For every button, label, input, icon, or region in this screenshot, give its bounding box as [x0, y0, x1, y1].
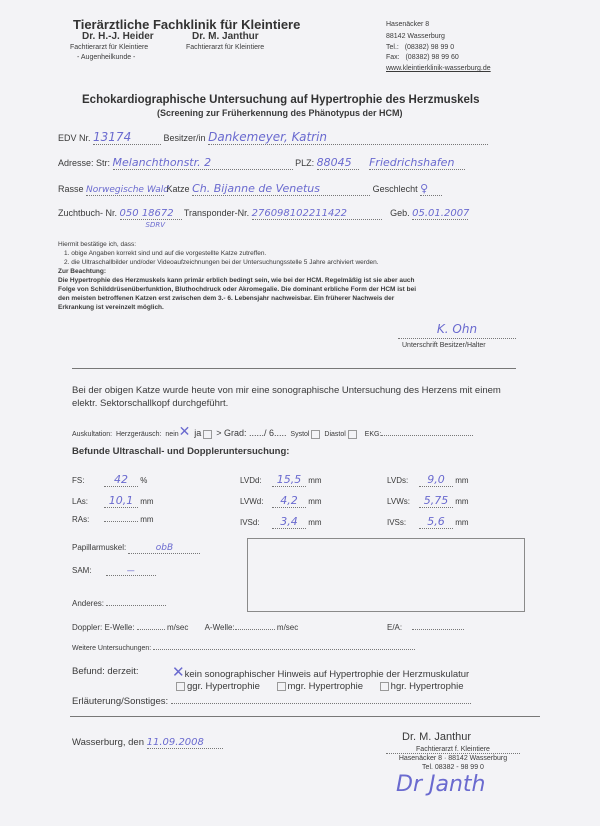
- measurement-unit: mm: [308, 518, 321, 527]
- nein-checkbox-checked[interactable]: ✕: [179, 424, 191, 440]
- measurement-unit: mm: [455, 476, 468, 485]
- ekg-label: EKG:: [365, 431, 382, 438]
- systol-checkbox[interactable]: [311, 430, 320, 439]
- measurement-value-field[interactable]: 9,0: [419, 473, 453, 487]
- measurement-unit: mm: [308, 497, 321, 506]
- measurement: LVWs:5,75 mm: [387, 494, 469, 508]
- fax-label: Fax:: [386, 54, 400, 61]
- breed-row: Rasse Norwegische Wald Katze Ch. Bijanne…: [58, 182, 442, 196]
- e-welle-label: Doppler: E-Welle:: [72, 623, 135, 632]
- findings-heading: Befunde Ultraschall- und Doppleruntersuc…: [72, 446, 289, 457]
- ea-label: E/A:: [387, 623, 402, 632]
- date-field[interactable]: 11.09.2008: [147, 737, 223, 749]
- declaration-item-1: 1. obige Angaben korrekt sind und auf di…: [58, 249, 416, 258]
- anderes-label: Anderes:: [72, 599, 104, 608]
- measurement-label: LAs:: [72, 497, 104, 506]
- measurement: IVSs:5,6 mm: [387, 515, 469, 529]
- sam-field[interactable]: —: [106, 566, 156, 576]
- measurement: LVDs:9,0 mm: [387, 473, 469, 487]
- doctor2-title: Fachtierarzt für Kleintiere: [186, 44, 264, 51]
- measurement-value-field[interactable]: 5,6: [419, 515, 453, 529]
- doctor1-specialty: - Augenheilkunde -: [77, 54, 135, 61]
- murmur-label: Herzgeräusch:: [116, 431, 162, 438]
- sex-field[interactable]: ♀: [420, 182, 442, 196]
- measurement-unit: %: [140, 476, 147, 485]
- sex-label: Geschlecht: [373, 184, 418, 194]
- e-welle-field[interactable]: [137, 629, 165, 630]
- sam-label: SAM:: [72, 566, 92, 575]
- city-field[interactable]: Friedrichshafen: [369, 156, 465, 170]
- vet-signature: Dr Janth: [396, 772, 485, 797]
- dob-field[interactable]: 05.01.2007: [412, 208, 468, 220]
- tel-label: Tel.:: [386, 44, 399, 51]
- stamp-line2: Hasenäcker 8 · 88142 Wasserburg: [380, 755, 526, 762]
- papillar-row: Papillarmuskel: obB: [72, 543, 200, 554]
- measurement-label: LVDd:: [240, 476, 272, 485]
- breed-field[interactable]: Norwegische Wald: [86, 185, 164, 196]
- studbook-note: SDRV: [146, 221, 166, 229]
- note-line: den meisten betroffenen Katzen erst zwis…: [58, 294, 416, 303]
- studbook-value: 050 18672: [120, 208, 174, 219]
- systol-label: Systol: [290, 431, 309, 438]
- ekg-field[interactable]: [381, 435, 473, 436]
- anderes-field[interactable]: [106, 605, 166, 606]
- cat-name-field[interactable]: Ch. Bijanne de Venetus: [192, 182, 370, 196]
- divider: [70, 716, 540, 717]
- diastol-checkbox[interactable]: [348, 430, 357, 439]
- exam-intro: Bei der obigen Katze wurde heute von mir…: [72, 384, 501, 410]
- address-row: Adresse: Str: Melanchthonstr. 2 PLZ: 880…: [58, 156, 465, 170]
- measurement-value-field[interactable]: 42: [104, 473, 138, 487]
- transponder-label: Transponder-Nr.: [184, 208, 249, 218]
- measurement: LVWd:4,2 mm: [240, 494, 322, 508]
- diastol-label: Diastol: [324, 431, 345, 438]
- measurement: IVSd:3,4 mm: [240, 515, 322, 529]
- exam-intro-line1: Bei der obigen Katze wurde heute von mir…: [72, 384, 501, 397]
- measurement-label: IVSs:: [387, 518, 419, 527]
- measurement: FS:42 %: [72, 473, 147, 487]
- weitere-row: Weitere Untersuchungen:: [72, 645, 415, 652]
- result-grades-row: ggr. Hypertrophie mgr. Hypertrophie hgr.…: [174, 681, 464, 692]
- fax-value: (08382) 98 99 60: [405, 54, 458, 61]
- note-line: Erkrankung ist vereinzelt möglich.: [58, 303, 416, 312]
- measurement-label: LVDs:: [387, 476, 419, 485]
- e-welle-unit: m/sec: [167, 623, 188, 632]
- measurement-unit: mm: [140, 497, 153, 506]
- stamp-name: Dr. M. Janthur: [402, 731, 471, 743]
- mgr-checkbox[interactable]: [277, 682, 286, 691]
- image-box: [247, 538, 525, 612]
- plz-field[interactable]: 88045: [317, 156, 359, 170]
- measurement: RAs: mm: [72, 515, 154, 524]
- notes-label: Erläuterung/Sonstiges:: [72, 696, 168, 707]
- declaration-intro: Hiermit bestätige ich, dass:: [58, 240, 416, 249]
- edv-field[interactable]: 13174: [93, 130, 161, 145]
- measurement-label: RAs:: [72, 515, 104, 524]
- measurement-value-field[interactable]: 3,4: [272, 515, 306, 529]
- result-none-row: ✕kein sonographischer Hinweis auf Hypert…: [172, 663, 469, 681]
- measurement-unit: mm: [455, 518, 468, 527]
- declaration-item-2: 2. die Ultraschallbilder und/oder Videoa…: [58, 258, 416, 267]
- exam-intro-line2: elektr. Sektorschallkopf durchgeführt.: [72, 397, 501, 410]
- street-field[interactable]: Melanchthonstr. 2: [113, 156, 293, 170]
- divider: [72, 368, 516, 369]
- measurement-unit: mm: [455, 497, 468, 506]
- measurement-value-field[interactable]: [104, 521, 138, 522]
- measurement: LAs:10,1 mm: [72, 494, 154, 508]
- ea-row: E/A:: [387, 623, 464, 632]
- edv-label: EDV Nr.: [58, 133, 91, 143]
- clinic-fax: Fax: (08382) 98 99 60: [386, 54, 459, 61]
- owner-signature[interactable]: K. Ohn: [398, 322, 516, 339]
- place-label: Wasserburg, den: [72, 737, 144, 748]
- result-none-label: kein sonographischer Hinweis auf Hypertr…: [185, 669, 470, 680]
- measurement-label: LVWs:: [387, 497, 419, 506]
- edv-row: EDV Nr. 13174 Besitzer/in Dankemeyer, Ka…: [58, 130, 488, 145]
- measurement-label: FS:: [72, 476, 104, 485]
- measurement-value-field[interactable]: 5,75: [419, 494, 453, 508]
- breed-label: Rasse: [58, 184, 84, 194]
- transponder-field[interactable]: 276098102211422: [252, 208, 382, 220]
- measurement-value-field[interactable]: 4,2: [272, 494, 306, 508]
- measurement-value-field[interactable]: 15,5: [272, 473, 306, 487]
- weitere-field[interactable]: [153, 649, 415, 650]
- weitere-label: Weitere Untersuchungen:: [72, 645, 151, 652]
- tel-value: (08382) 98 99 0: [405, 44, 454, 51]
- clinic-website-link[interactable]: www.kleintierklinik-wasserburg.de: [386, 65, 491, 72]
- result-label: Befund: derzeit:: [72, 666, 139, 677]
- measurement-unit: mm: [140, 515, 153, 524]
- a-welle-unit: m/sec: [277, 623, 298, 632]
- measurement-label: IVSd:: [240, 518, 272, 527]
- ggr-label: ggr. Hypertrophie: [187, 681, 260, 692]
- sam-row: SAM: —: [72, 566, 156, 576]
- auscultation-row: Auskultation: Herzgeräusch: nein✕ ja > G…: [72, 424, 473, 440]
- grade-field[interactable]: > Grad: ....../ 6.....: [216, 428, 286, 438]
- ggr-checkbox[interactable]: [176, 682, 185, 691]
- measurement-label: LVWd:: [240, 497, 272, 506]
- dob-label: Geb.: [390, 208, 410, 218]
- owner-field[interactable]: Dankemeyer, Katrin: [208, 130, 488, 145]
- measurement-value-field[interactable]: 10,1: [104, 494, 138, 508]
- papillar-field[interactable]: obB: [128, 543, 200, 554]
- document-title: Echokardiographische Untersuchung auf Hy…: [82, 94, 480, 106]
- ja-label: ja: [194, 428, 201, 438]
- address-label: Adresse: Str:: [58, 158, 110, 168]
- anderes-row: Anderes:: [72, 599, 166, 608]
- ja-checkbox[interactable]: [203, 430, 212, 439]
- studbook-field[interactable]: 050 18672SDRV: [120, 208, 182, 220]
- result-none-checkbox-checked[interactable]: ✕: [172, 663, 185, 681]
- doppler-row: Doppler: E-Welle: m/sec A-Welle: m/sec: [72, 623, 298, 632]
- clinic-street: Hasenäcker 8: [386, 21, 429, 28]
- papillar-label: Papillarmuskel:: [72, 543, 126, 552]
- measurement-unit: mm: [308, 476, 321, 485]
- measurement: LVDd:15,5 mm: [240, 473, 322, 487]
- hgr-label: hgr. Hypertrophie: [391, 681, 464, 692]
- mgr-label: mgr. Hypertrophie: [288, 681, 364, 692]
- doctor1-name: Dr. H.-J. Heider: [82, 31, 154, 42]
- owner-label: Besitzer/in: [164, 133, 206, 143]
- declaration: Hiermit bestätige ich, dass: 1. obige An…: [58, 240, 416, 312]
- doctor1-title: Fachtierarzt für Kleintiere: [70, 44, 148, 51]
- clinic-tel: Tel.: (08382) 98 99 0: [386, 44, 454, 51]
- plz-label: PLZ:: [295, 158, 314, 168]
- note-line: Folge von Schilddrüsenüberfunktion, Blut…: [58, 285, 416, 294]
- ea-field[interactable]: [412, 629, 464, 630]
- stamp-line1: Fachtierarzt f. Kleintiere: [386, 746, 520, 754]
- nein-label: nein: [165, 431, 178, 438]
- note-heading: Zur Beachtung:: [58, 267, 416, 276]
- studbook-label: Zuchtbuch- Nr.: [58, 208, 117, 218]
- a-welle-label: A-Welle:: [205, 623, 235, 632]
- clinic-name: Tierärztliche Fachklinik für Kleintiere: [73, 17, 300, 32]
- signature-label: Unterschrift Besitzer/Halter: [402, 342, 486, 349]
- hgr-checkbox[interactable]: [380, 682, 389, 691]
- cat-label: Katze: [167, 184, 190, 194]
- clinic-city: 88142 Wasserburg: [386, 33, 445, 40]
- doctor2-name: Dr. M. Janthur: [192, 31, 259, 42]
- document-subtitle: (Screening zur Früherkennung des Phänoty…: [157, 108, 403, 118]
- date-row: Wasserburg, den 11.09.2008: [72, 737, 223, 749]
- notes-row: Erläuterung/Sonstiges:: [72, 696, 471, 707]
- studbook-row: Zuchtbuch- Nr. 050 18672SDRV Transponder…: [58, 208, 468, 220]
- stamp-line3: Tel. 08382 - 98 99 0: [386, 764, 520, 771]
- auscultation-label: Auskultation:: [72, 431, 112, 438]
- a-welle-field[interactable]: [235, 629, 275, 630]
- notes-field[interactable]: [171, 703, 471, 704]
- note-line: Die Hypertrophie des Herzmuskels kann pr…: [58, 276, 416, 285]
